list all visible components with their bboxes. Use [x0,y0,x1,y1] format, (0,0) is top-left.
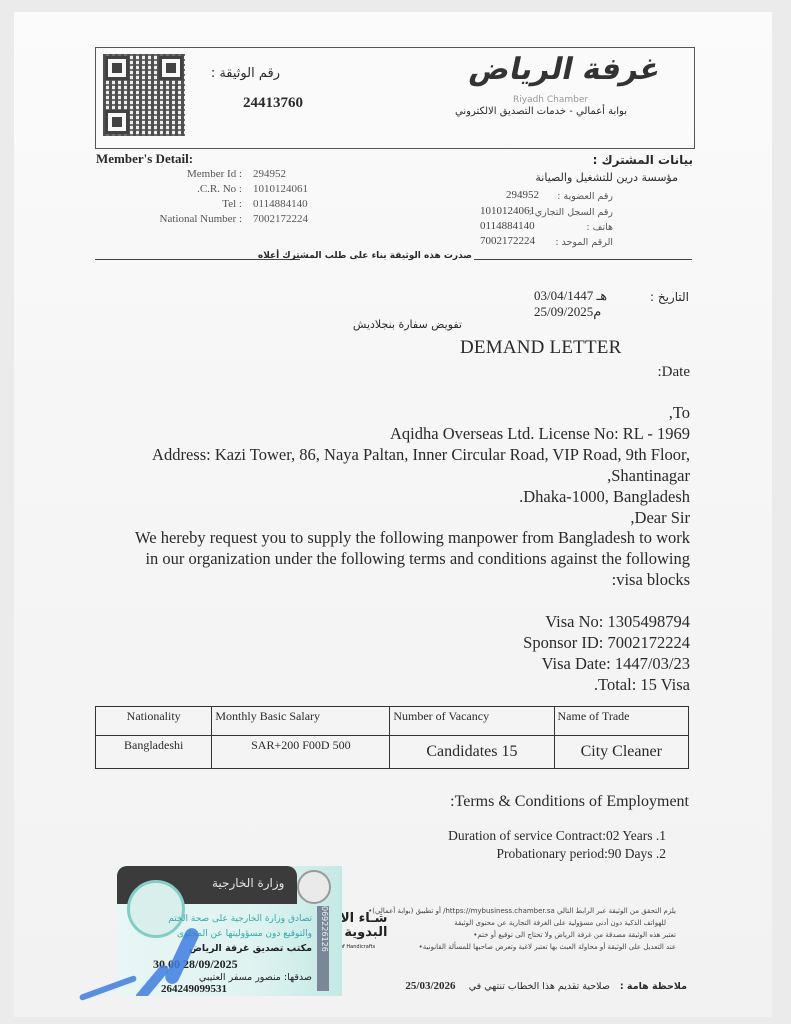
qr-finder-icon [105,110,129,134]
ministry-stamp: وزارة الخارجية 069226126 تصادق وزارة الخ… [117,866,342,996]
note-line: تعتبر هذه الوثيقة مصدقة من غرفة الرياض و… [465,931,676,939]
company-name-ar: مؤسسة درين للتشغيل والصيانة [535,171,678,184]
body-line-1: We hereby request you to supply the foll… [135,528,690,548]
date-hijri: 03/04/1447 هـ [534,288,607,304]
qr-code [103,54,185,136]
note-line: للهواتف الذكية دون أدنى مسؤولية على الغر… [454,919,666,927]
tel-label: Tel : [92,198,242,210]
to-line: ,To [669,403,690,423]
national-number-value-ar: 7002172224 [480,235,535,247]
tel-label-ar: هاتف : [586,222,613,233]
cell-vacancy: Candidates 15 [390,736,554,769]
document-number-label: رقم الوثيقة : [211,66,280,81]
visa-total: .Total: 15 Visa [594,675,690,695]
tel-value: 0114884140 [253,198,308,210]
stamp-certified-by: صدقها: منصور مسفر العتيبي [199,972,312,983]
stamp-line-1: تصادق وزارة الخارجية على صحة الختم [168,914,312,924]
header-vacancy: Number of Vacancy [390,707,554,736]
issued-on-request-note: صدرت هذه الوثيقة بناء على طلب المشترك أع… [258,251,472,261]
divider [474,259,692,260]
header-nationality: Nationality [96,707,212,736]
stamp-serial: 069226126 [320,906,329,952]
saudi-emblem-icon [297,870,331,904]
cell-nationality: Bangladeshi [96,736,212,769]
member-details-title: Member's Detail: [96,151,193,167]
term-item-1: Duration of service Contract:02 Years .1 [448,828,666,844]
handicrafts-stamp: شـاء الا البدوية of Handicrafts [340,912,387,954]
letter-title: DEMAND LETTER [460,337,621,359]
note-line: يلزم التحقق من الوثيقة عبر الرابط التالي… [360,907,676,915]
member-details-title-ar: بيانات المشترك : [593,153,693,167]
cr-no-label: .C.R. No : [92,183,242,195]
expiry-date: 25/03/2026 [405,980,455,992]
addressee-note: تفويض سفارة بنجلاديش [353,318,462,331]
note-text: يلزم التحقق من الوثيقة عبر الرابط التالي… [372,907,676,915]
visa-number: Visa No: 1305498794 [545,612,690,632]
important-label: ملاحظة هامة : [620,981,687,992]
national-number-label: National Number : [92,213,242,225]
address-line-3: .Dhaka-1000, Bangladesh [519,487,690,507]
validity-note: ملاحظة هامة : صلاحية تقديم هذا الخطاب تن… [405,980,687,992]
terms-title: :Terms & Conditions of Employment [450,793,689,811]
note-text: عند التعديل على الوثيقة أو محاولة العبث … [423,943,676,951]
header-salary: Monthly Basic Salary [212,707,390,736]
cell-trade: City Cleaner [554,736,688,769]
visa-date: Visa Date: 1447/03/23 [542,654,690,674]
note-text: للهواتف الذكية دون أدنى مسؤولية على الغر… [454,919,666,927]
term-item-2: Probationary period:90 Days .2 [497,846,666,862]
cr-no-value: 1010124061 [253,183,308,195]
header-trade: Name of Trade [554,707,688,736]
table-header-row: Nationality Monthly Basic Salary Number … [96,707,689,736]
table-row: Bangladeshi SAR+200 F00D 500 Candidates … [96,736,689,769]
cr-no-value-ar: 1010124061 [480,205,535,217]
logo-english: Riyadh Chamber [513,95,588,105]
body-line-3: :visa blocks [612,570,690,590]
portal-subtitle: بوابة أعمالي - خدمات التصديق الالكتروني [455,106,627,117]
qr-finder-icon [105,56,129,80]
member-id-label: Member Id : [92,168,242,180]
date-label-ar: التاريخ : [650,290,689,304]
agency-name: Aqidha Overseas Ltd. License No: RL - 19… [390,424,690,444]
handicraft-line-3: of Handicrafts [340,940,387,954]
national-number-value: 7002172224 [253,213,308,225]
tel-value-ar: 0114884140 [480,220,535,232]
ministry-name: وزارة الخارجية [212,876,284,890]
validity-text: صلاحية تقديم هذا الخطاب تنتهي في [469,981,610,992]
cell-salary: SAR+200 F00D 500 [212,736,390,769]
cr-no-label-ar: رقم السجل التجاري : [529,207,614,218]
date-gregorian: 25/09/2025م [534,304,601,320]
address-line-2: ,Shantinagar [607,466,690,486]
sponsor-id: Sponsor ID: 7002172224 [523,633,690,653]
qr-finder-icon [159,56,183,80]
handicraft-line-2: البدوية [344,925,387,940]
handicraft-line-1: شـاء الا [340,911,387,926]
stamp-office: مكتب تصديق غرفة الرياض [189,943,312,954]
riyadh-chamber-logo: غرفة الرياض [466,52,664,87]
body-line-2: in our organization under the following … [145,549,690,569]
note-line: عند التعديل على الوثيقة أو محاولة العبث … [411,943,676,951]
member-id-value: 294952 [253,168,286,180]
stamp-id-number: 264249099531 [161,983,227,995]
document-number: 24413760 [243,95,303,112]
address-line-1: Address: Kazi Tower, 86, Naya Paltan, In… [152,445,690,465]
member-id-value-ar: 294952 [506,189,539,201]
member-id-label-ar: رقم العضوية : [557,191,613,202]
national-number-label-ar: الرقم الموحد : [555,237,613,248]
salutation: ,Dear Sir [630,508,690,528]
vacancy-table: Nationality Monthly Basic Salary Number … [95,706,689,769]
note-text: تعتبر هذه الوثيقة مصدقة من غرفة الرياض و… [477,931,676,939]
date-line: :Date [658,364,690,381]
